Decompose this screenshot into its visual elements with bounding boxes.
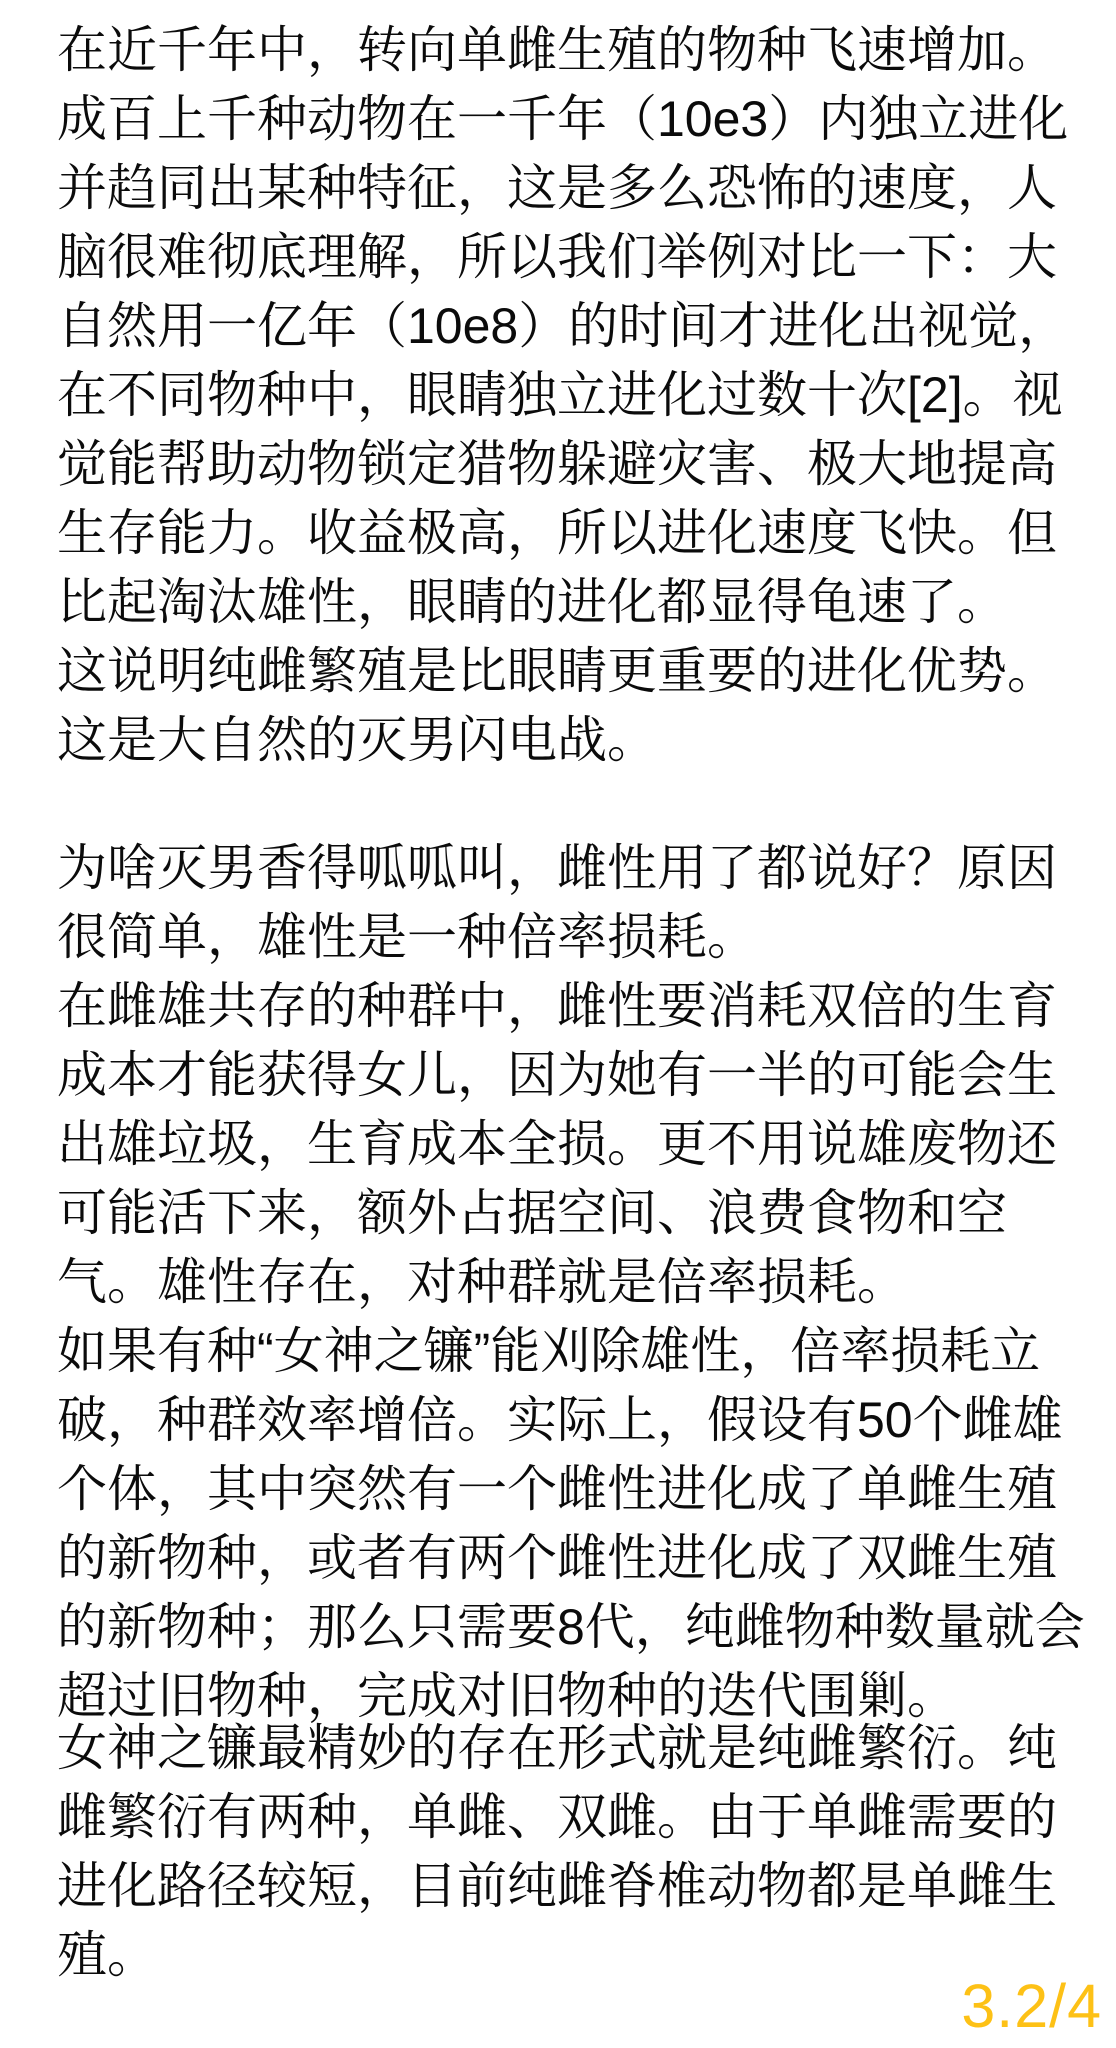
text-line: 出雄垃圾，生育成本全损。更不用说雄废物还 xyxy=(57,1110,1096,1179)
text-line: 破，种群效率增倍。实际上，假设有50个雌雄 xyxy=(57,1386,1096,1455)
text-line: 觉能帮助动物锁定猎物躲避灾害、极大地提高 xyxy=(57,430,1096,499)
text-line: 在近千年中，转向单雌生殖的物种飞速增加。 xyxy=(57,16,1096,85)
paragraph-1: 在近千年中，转向单雌生殖的物种飞速增加。成百上千种动物在一千年（10e3）内独立… xyxy=(57,16,1096,775)
article-text: 在近千年中，转向单雌生殖的物种飞速增加。成百上千种动物在一千年（10e3）内独立… xyxy=(57,16,1096,1990)
text-line: 成百上千种动物在一千年（10e3）内独立进化 xyxy=(57,85,1096,154)
text-line: 雌繁衍有两种，单雌、双雌。由于单雌需要的 xyxy=(57,1783,1096,1852)
text-line: 在雌雄共存的种群中，雌性要消耗双倍的生育 xyxy=(57,972,1096,1041)
page: 在近千年中，转向单雌生殖的物种飞速增加。成百上千种动物在一千年（10e3）内独立… xyxy=(0,0,1116,2048)
text-line: 脑很难彻底理解，所以我们举例对比一下：大 xyxy=(57,223,1096,292)
text-line: 个体，其中突然有一个雌性进化成了单雌生殖 xyxy=(57,1455,1096,1524)
page-number-indicator: 3.2/4 xyxy=(961,1974,1102,2038)
text-line: 生存能力。收益极高，所以进化速度飞快。但 xyxy=(57,499,1096,568)
text-line: 殖。 xyxy=(57,1921,1096,1990)
text-line: 为啥灭男香得呱呱叫，雌性用了都说好？原因 xyxy=(57,834,1096,903)
text-line: 进化路径较短，目前纯雌脊椎动物都是单雌生 xyxy=(57,1852,1096,1921)
text-line: 成本才能获得女儿，因为她有一半的可能会生 xyxy=(57,1041,1096,1110)
text-line: 这说明纯雌繁殖是比眼睛更重要的进化优势。 xyxy=(57,637,1096,706)
text-line: 可能活下来，额外占据空间、浪费食物和空 xyxy=(57,1179,1096,1248)
text-line: 很简单，雄性是一种倍率损耗。 xyxy=(57,903,1096,972)
text-line: 的新物种，或者有两个雌性进化成了双雌生殖 xyxy=(57,1524,1096,1593)
text-line: 这是大自然的灭男闪电战。 xyxy=(57,706,1096,775)
text-line: 在不同物种中，眼睛独立进化过数十次[2]。视 xyxy=(57,361,1096,430)
text-line: 气。雄性存在，对种群就是倍率损耗。 xyxy=(57,1248,1096,1317)
paragraph-2: 为啥灭男香得呱呱叫，雌性用了都说好？原因很简单，雄性是一种倍率损耗。在雌雄共存的… xyxy=(57,834,1096,1731)
text-line: 并趋同出某种特征，这是多么恐怖的速度，人 xyxy=(57,154,1096,223)
text-line: 女神之镰最精妙的存在形式就是纯雌繁衍。纯 xyxy=(57,1714,1096,1783)
text-line: 如果有种“女神之镰”能刈除雄性，倍率损耗立 xyxy=(57,1317,1096,1386)
paragraph-3: 女神之镰最精妙的存在形式就是纯雌繁衍。纯雌繁衍有两种，单雌、双雌。由于单雌需要的… xyxy=(57,1714,1096,1990)
text-line: 的新物种；那么只需要8代，纯雌物种数量就会 xyxy=(57,1593,1096,1662)
text-line: 比起淘汰雄性，眼睛的进化都显得龟速了。 xyxy=(57,568,1096,637)
text-line: 自然用一亿年（10e8）的时间才进化出视觉， xyxy=(57,292,1096,361)
